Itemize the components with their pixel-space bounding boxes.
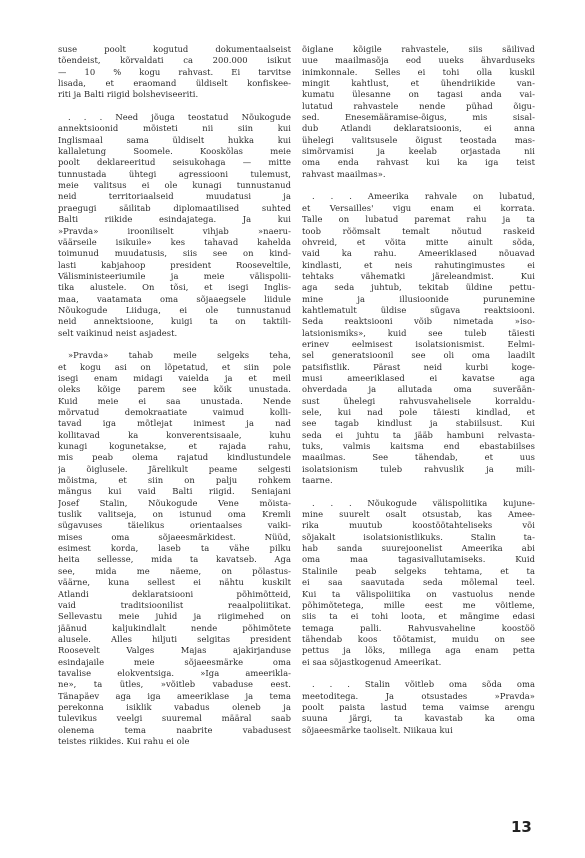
paragraph: . . . Nõukogude välispoliitika kujune-mi… [302, 498, 535, 668]
paragraph: õiglane kõigile rahvastele, siis säiliva… [302, 44, 535, 180]
text-line: selt vaikinud neist asjadest. [58, 328, 291, 339]
text-line: seda ei juhtu ta jääb hambuni relvasta- [302, 430, 535, 441]
text-line: kallaletung Soomele. Kooskõlas meie [58, 146, 291, 157]
text-line: tulevikus veelgi suuremal määral saab [58, 713, 291, 724]
text-line: lasti kabjahoop president Rooseveltile, [58, 260, 291, 271]
text-line: heita sellesse, mida ta kavatseb. Aga [58, 554, 291, 565]
text-line: Kuid meie ei saa unustada. Nende [58, 396, 291, 407]
text-line: sust ühelegi rahvusvahelisele korraldu- [302, 396, 535, 407]
text-line: Sellevastu meie juhid ja riigimehed on [58, 611, 291, 622]
text-line: uue maailmasõja eod uueks ähvarduseks [302, 55, 535, 66]
paragraph: . . . Ameerika rahvale on lubatud,et Ver… [302, 191, 535, 486]
text-line: taarne. [302, 475, 535, 486]
text-line: kumatu ülesanne on tagasi anda vai- [302, 89, 535, 100]
text-line: sed. Enesemääramise-õigus, mis sisal- [302, 112, 535, 123]
text-line: esindajaile meie sõjaeesmärke oma [58, 657, 291, 668]
text-line: Kui ta välispoliitika on vastuolus nende [302, 589, 535, 600]
text-line: Tänapäev aga iga ameeriklase ja tema [58, 691, 291, 702]
text-line: kunagi kogunetakse, et rajada rahu, [58, 441, 291, 452]
text-line: isolatsionism tuleb rahvuslik ja mili- [302, 464, 535, 475]
text-line: poolt paista lastud tema vaimse arengu [302, 702, 535, 713]
text-line: praegugi säilitab diplomaatilised suhted [58, 203, 291, 214]
text-line: erinev eelmisest isolatsionismist. Eelmi… [302, 339, 535, 350]
text-line: mine ja illusioonide purunemine [302, 294, 535, 305]
text-line: olenema tema naabrite vabadusest [58, 725, 291, 736]
text-column-right: õiglane kõigile rahvastele, siis säiliva… [302, 44, 535, 736]
text-line: aga seda juhtub, tekitab üldine pettu- [302, 282, 535, 293]
text-line: sõjaeesmärke taoliselt. Niikaua kui [302, 725, 535, 736]
text-line: perekonna isiklik vabadus oleneb ja [58, 702, 291, 713]
text-line: oleks kõige parem see kõik unustada. [58, 384, 291, 395]
paragraph: suse poolt kogutud dokumentaalseisttõend… [58, 44, 291, 101]
paragraph-gap [58, 101, 291, 112]
text-line: mises oma sõjaeesmärkidest. Nüüd, [58, 532, 291, 543]
text-line: rika muutub koostöötahteliseks või [302, 520, 535, 531]
text-line: mingit kahtlust, et ühendriikide van- [302, 78, 535, 89]
text-line: . . . Stalin võitleb oma sõda oma [302, 679, 535, 690]
text-line: tavad iga mõtlejat inimest ja nad [58, 418, 291, 429]
text-line: tuks, valmis kaitsma end ebastabiilses [302, 441, 535, 452]
text-line: tehtaks vähematki järeleandmist. Kui [302, 271, 535, 282]
paragraph-gap [302, 486, 535, 497]
text-line: Nõukogude Liiduga, ei ole tunnustanud [58, 305, 291, 316]
text-line: tunnustada ühtegi agressiooni tulemust, [58, 169, 291, 180]
paragraph-gap [302, 668, 535, 679]
text-line: maa, vaatamata oma sõjaaegsele liidule [58, 294, 291, 305]
text-line: kollitavad ka konverentsisaale, kuhu [58, 430, 291, 441]
text-line: tõendeist, kõrvaldati ca 200.000 isikut [58, 55, 291, 66]
text-column-left: suse poolt kogutud dokumentaalseisttõend… [58, 44, 291, 747]
text-line: suse poolt kogutud dokumentaalseist [58, 44, 291, 55]
text-line: õiglane kõigile rahvastele, siis säiliva… [302, 44, 535, 55]
text-line: kahtlematult üldise sügava reaktsiooni. [302, 305, 535, 316]
text-line: põhimõtetega, mille eest me võitleme, [302, 600, 535, 611]
text-line: neid annektsioone, kuigi ta on taktili- [58, 316, 291, 327]
paragraph: . . . Need jõuga teostatud Nõukogudeanne… [58, 112, 291, 339]
text-line: pettus ja lõks, millega aga enam petta [302, 645, 535, 656]
text-line: mõistma, et siin on palju rohkem [58, 475, 291, 486]
paragraph-gap [302, 180, 535, 191]
text-line: ohverdada ja allutada oma suverään- [302, 384, 535, 395]
text-line: »Pravda» tahab meile selgeks teha, [58, 350, 291, 361]
text-line: sel generatsioonil see oli oma laadilt [302, 350, 535, 361]
text-line: Roosevelt Valges Majas ajakirjanduse [58, 645, 291, 656]
text-line: musi ameeriklased ei kavatse aga [302, 373, 535, 384]
text-line: esimest korda, laseb ta vähe pilku [58, 543, 291, 554]
text-line: Stalinile peab selgeks tehtama, et ta [302, 566, 535, 577]
text-line: mine suurelt osalt otsustab, kas Amee- [302, 509, 535, 520]
text-line: tavalise elokventsiga. »Iga ameerikla- [58, 668, 291, 679]
text-line: meie valitsus ei ole kunagi tunnustanud [58, 180, 291, 191]
text-line: oma maa tagasivallutamiseks. Kuid [302, 554, 535, 565]
text-line: isegi enam midagi vaielda ja et meil [58, 373, 291, 384]
text-line: riti ja Balti riigid bolsheviseeriti. [58, 89, 291, 100]
text-line: Josef Stalin, Nõukogude Vene mõista- [58, 498, 291, 509]
paragraph: »Pravda» tahab meile selgeks teha,et kog… [58, 350, 291, 747]
text-line: hab sanda suurejoonelist Ameerika abi [302, 543, 535, 554]
text-line: kindlasti, et neis rahutingimustes ei [302, 260, 535, 271]
text-line: jäänud kaljukindlalt nende põhimõtete [58, 623, 291, 634]
text-line: simõrvamisi ja keelab orjastada nii [302, 146, 535, 157]
text-line: ei saa saavutada seda mõlemal teel. [302, 577, 535, 588]
text-line: sõjakalt isolatsionistlikuks. Stalin ta- [302, 532, 535, 543]
text-line: oma enda rahvast kui ka iga teist [302, 157, 535, 168]
text-line: . . . Need jõuga teostatud Nõukogude [58, 112, 291, 123]
text-line: ohvreid, et võita mitte ainult sõda, [302, 237, 535, 248]
text-line: sele, kui nad pole täiesti kindlad, et [302, 407, 535, 418]
text-line: latsionismiks», kuid see tuleb täiesti [302, 328, 535, 339]
text-line: see tagab kindlust ja stabiilsust. Kui [302, 418, 535, 429]
text-line: toob rõõmsalt temalt nõutud raskeid [302, 226, 535, 237]
text-line: poolt deklareeritud seisukohaga — mitte [58, 157, 291, 168]
text-line: sügavuses täielikus orientaalses vaiki- [58, 520, 291, 531]
text-line: ei saa sõjastkogenud Ameerikat. [302, 657, 535, 668]
text-line: toimunud muudatusis, siis see on kind- [58, 248, 291, 259]
text-line: »Pravda» irooniliselt vihjab »naeru- [58, 226, 291, 237]
paragraph: . . . Stalin võitleb oma sõda omameetodi… [302, 679, 535, 736]
text-line: temaga palli. Rahvusvaheline koostöö [302, 623, 535, 634]
text-line: rahvast maailmas». [302, 169, 535, 180]
text-line: lisada, et eraomand üldiselt konfiskee- [58, 78, 291, 89]
text-line: meetoditega. Ja otsustades »Pravda» [302, 691, 535, 702]
text-line: Atlandi deklaratsiooni põhimõtteid, [58, 589, 291, 600]
text-line: suuna järgi, ta kavastab ka oma [302, 713, 535, 724]
text-line: vaid traditsioonilist reaalpoliitikat. [58, 600, 291, 611]
text-line: tika alustele. On tõsi, et isegi Inglis- [58, 282, 291, 293]
text-line: et kogu asi on lõpetatud, et siin pole [58, 362, 291, 373]
text-line: . . . Ameerika rahvale on lubatud, [302, 191, 535, 202]
text-line: dub Atlandi deklaratsioonis, ei anna [302, 123, 535, 134]
text-line: väärne, kuna sellest ei nähtu kuskilt [58, 577, 291, 588]
paragraph-gap [58, 339, 291, 350]
text-line: ühelegi valitsusele õigust teostada mas- [302, 135, 535, 146]
text-line: mängus kui vaid Balti riigid. Seniajani [58, 486, 291, 497]
text-line: patsifistlik. Pärast neid kurbi koge- [302, 362, 535, 373]
text-line: . . . Nõukogude välispoliitika kujune- [302, 498, 535, 509]
text-line: neid territoriaalseid muudatusi ja [58, 191, 291, 202]
text-line: tuslik valitseja, on istunud oma Kremli [58, 509, 291, 520]
text-line: inimkonnale. Selles ei tohi olla kuskil [302, 67, 535, 78]
text-line: Inglismaal sama üldiselt hukka kui [58, 135, 291, 146]
text-line: Seda reaktsiooni võib nimetada »iso- [302, 316, 535, 327]
text-line: tähendab koos töötamist, muidu on see [302, 634, 535, 645]
page-number: 13 [511, 818, 532, 836]
text-line: et Versailles' vigu enam ei korrata. [302, 203, 535, 214]
text-line: Balti riikide esindajatega. Ja kui [58, 214, 291, 225]
text-line: annektsioonid mõisteti nii siin kui [58, 123, 291, 134]
text-line: teistes riikides. Kui rahu ei ole [58, 736, 291, 747]
text-line: see, mida me näeme, on põlastus- [58, 566, 291, 577]
text-line: mõrvatud demokraatiate vaimud kolli- [58, 407, 291, 418]
text-line: vaid ka rahu. Ameeriklased nõuavad [302, 248, 535, 259]
text-line: väärseile isikuile» kes tahavad kahelda [58, 237, 291, 248]
text-line: Välisministeeriumile ja meie välispolii- [58, 271, 291, 282]
text-line: maailmas. See tähendab, et uus [302, 452, 535, 463]
text-line: siis ta ei tohi loota, et mängime edasi [302, 611, 535, 622]
document-page: suse poolt kogutud dokumentaalseisttõend… [0, 0, 585, 858]
text-line: Talle on lubatud paremat rahu ja ta [302, 214, 535, 225]
text-line: ne», ta ütles, »võitleb vabaduse eest. [58, 679, 291, 690]
text-line: mis peab olema rajatud kindlustundele [58, 452, 291, 463]
text-line: alusele. Alles hiljuti selgitas presiden… [58, 634, 291, 645]
text-line: ja õiglusele. Järelikult peame selgesti [58, 464, 291, 475]
text-line: lutatud rahvastele nende pühad õigu- [302, 101, 535, 112]
text-line: — 10 % kogu rahvast. Ei tarvitse [58, 67, 291, 78]
